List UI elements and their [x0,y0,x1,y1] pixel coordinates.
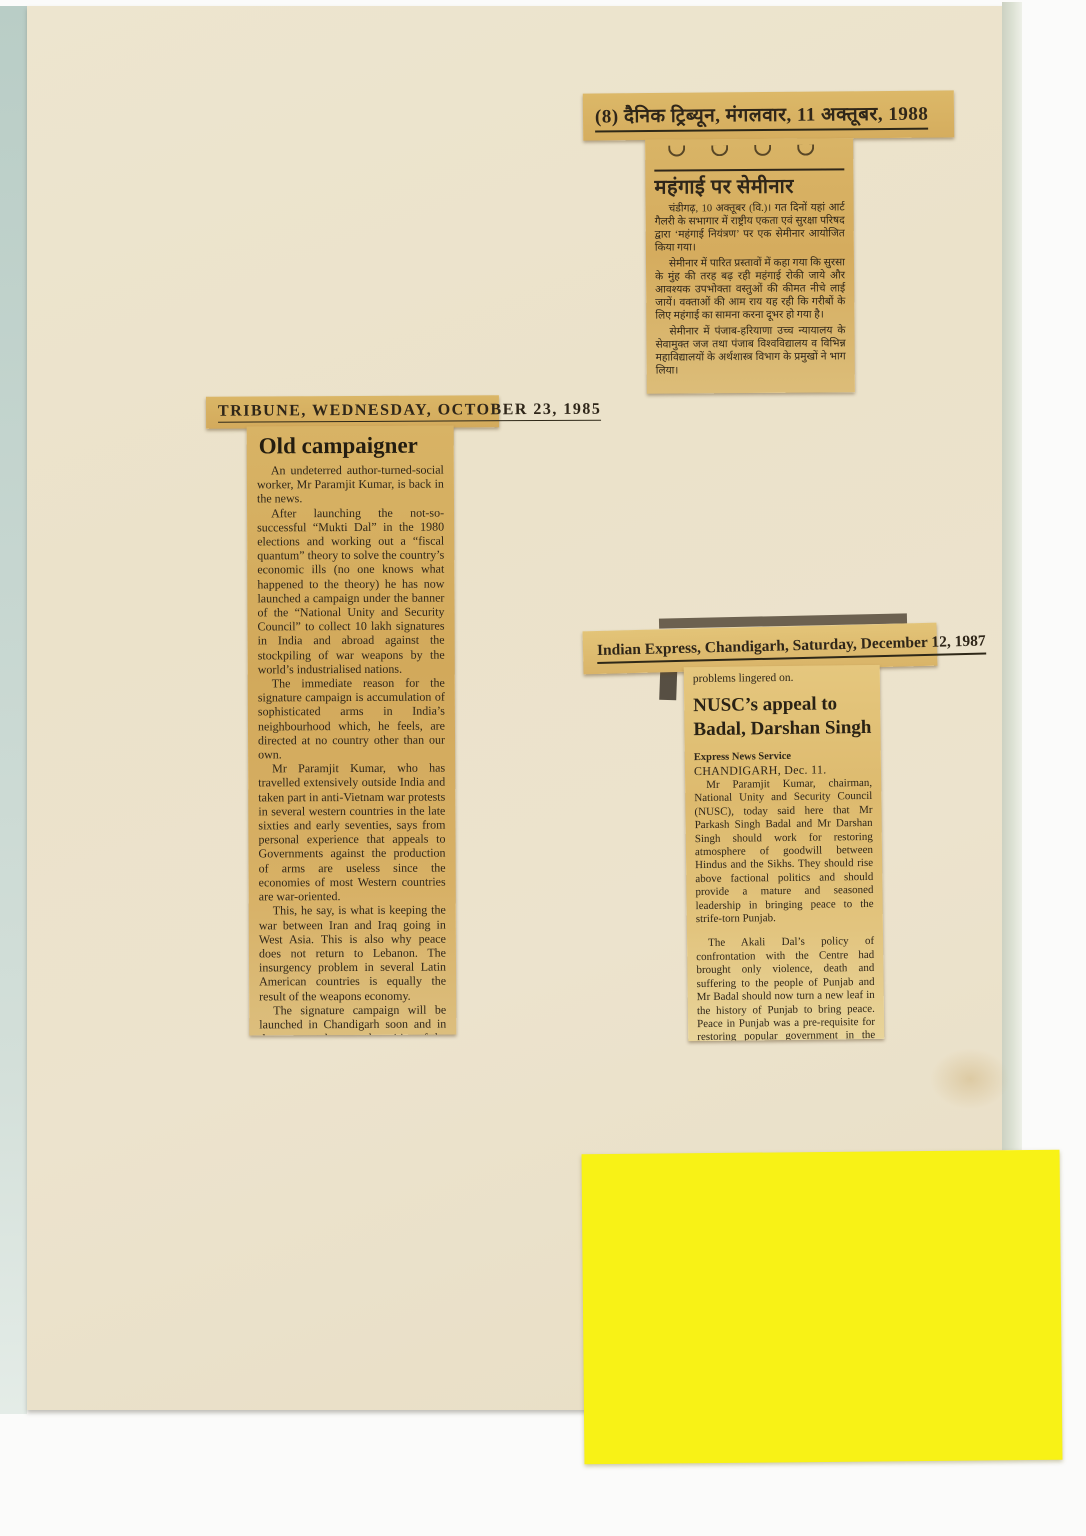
cutoff-line-fragment: problems lingered on. [693,670,871,686]
article-paragraph: सेमीनार में पारित प्रस्तावों में कहा गया… [655,256,845,322]
clipping-express-article: problems lingered on. NUSC’s appeal to B… [684,665,885,1041]
yellow-paper-note [582,1150,1063,1465]
article-paragraph: Mr Paramjit Kumar, who has travelled ext… [258,761,446,904]
page-stain [930,1048,1010,1110]
article-paragraph: This, he say, is what is keeping the war… [259,903,446,1003]
article-paragraph: The signature campaign will be launched … [259,1002,446,1035]
clipping-tribune-headline: Old campaigner [259,432,444,460]
torn-text-remnant [654,142,844,169]
clipping-hindi-source-line: (8) दैनिक ट्रिब्यून, मंगलवार, 11 अक्तूबर… [595,99,929,132]
article-paragraph: Mr Paramjit Kumar, chairman, National Un… [694,777,874,927]
clipping-tribune-source-strip: TRIBUNE, WEDNESDAY, OCTOBER 23, 1985 [206,395,499,429]
article-paragraph: चंडीगढ़, 10 अक्तूबर (वि.)। गत दिनों यहां… [655,201,845,254]
article-paragraph: The Akali Dal’s policy of confrontation … [696,935,875,1041]
clipping-express-source-line: Indian Express, Chandigarh, Saturday, De… [597,632,986,663]
clipping-express-headline: NUSC’s appeal to Badal, Darshan Singh [693,692,872,742]
clipping-tribune-article: Old campaigner An undeterred author-turn… [247,426,457,1036]
article-paragraph: An undeterred author-turned-social worke… [257,463,444,506]
clipping-hindi-source-strip: (8) दैनिक ट्रिब्यून, मंगलवार, 11 अक्तूबर… [583,90,954,140]
clipping-hindi-article: महंगाई पर सेमीनार चंडीगढ़, 10 अक्तूबर (व… [645,138,855,393]
article-paragraph: The immediate reason for the signature c… [258,676,445,762]
binder-edge [0,6,27,1414]
article-paragraph: सेमीनार में पंजाब-हरियाणा उच्च न्यायालय … [655,324,845,377]
page-right-edge [1002,2,1022,1150]
clipping-tribune-source-line: TRIBUNE, WEDNESDAY, OCTOBER 23, 1985 [218,401,602,423]
article-paragraph: After launching the not-so-successful “M… [257,505,445,676]
byline: Express News Service [694,750,872,763]
clipping-hindi-headline: महंगाई पर सेमीनार [654,168,844,199]
